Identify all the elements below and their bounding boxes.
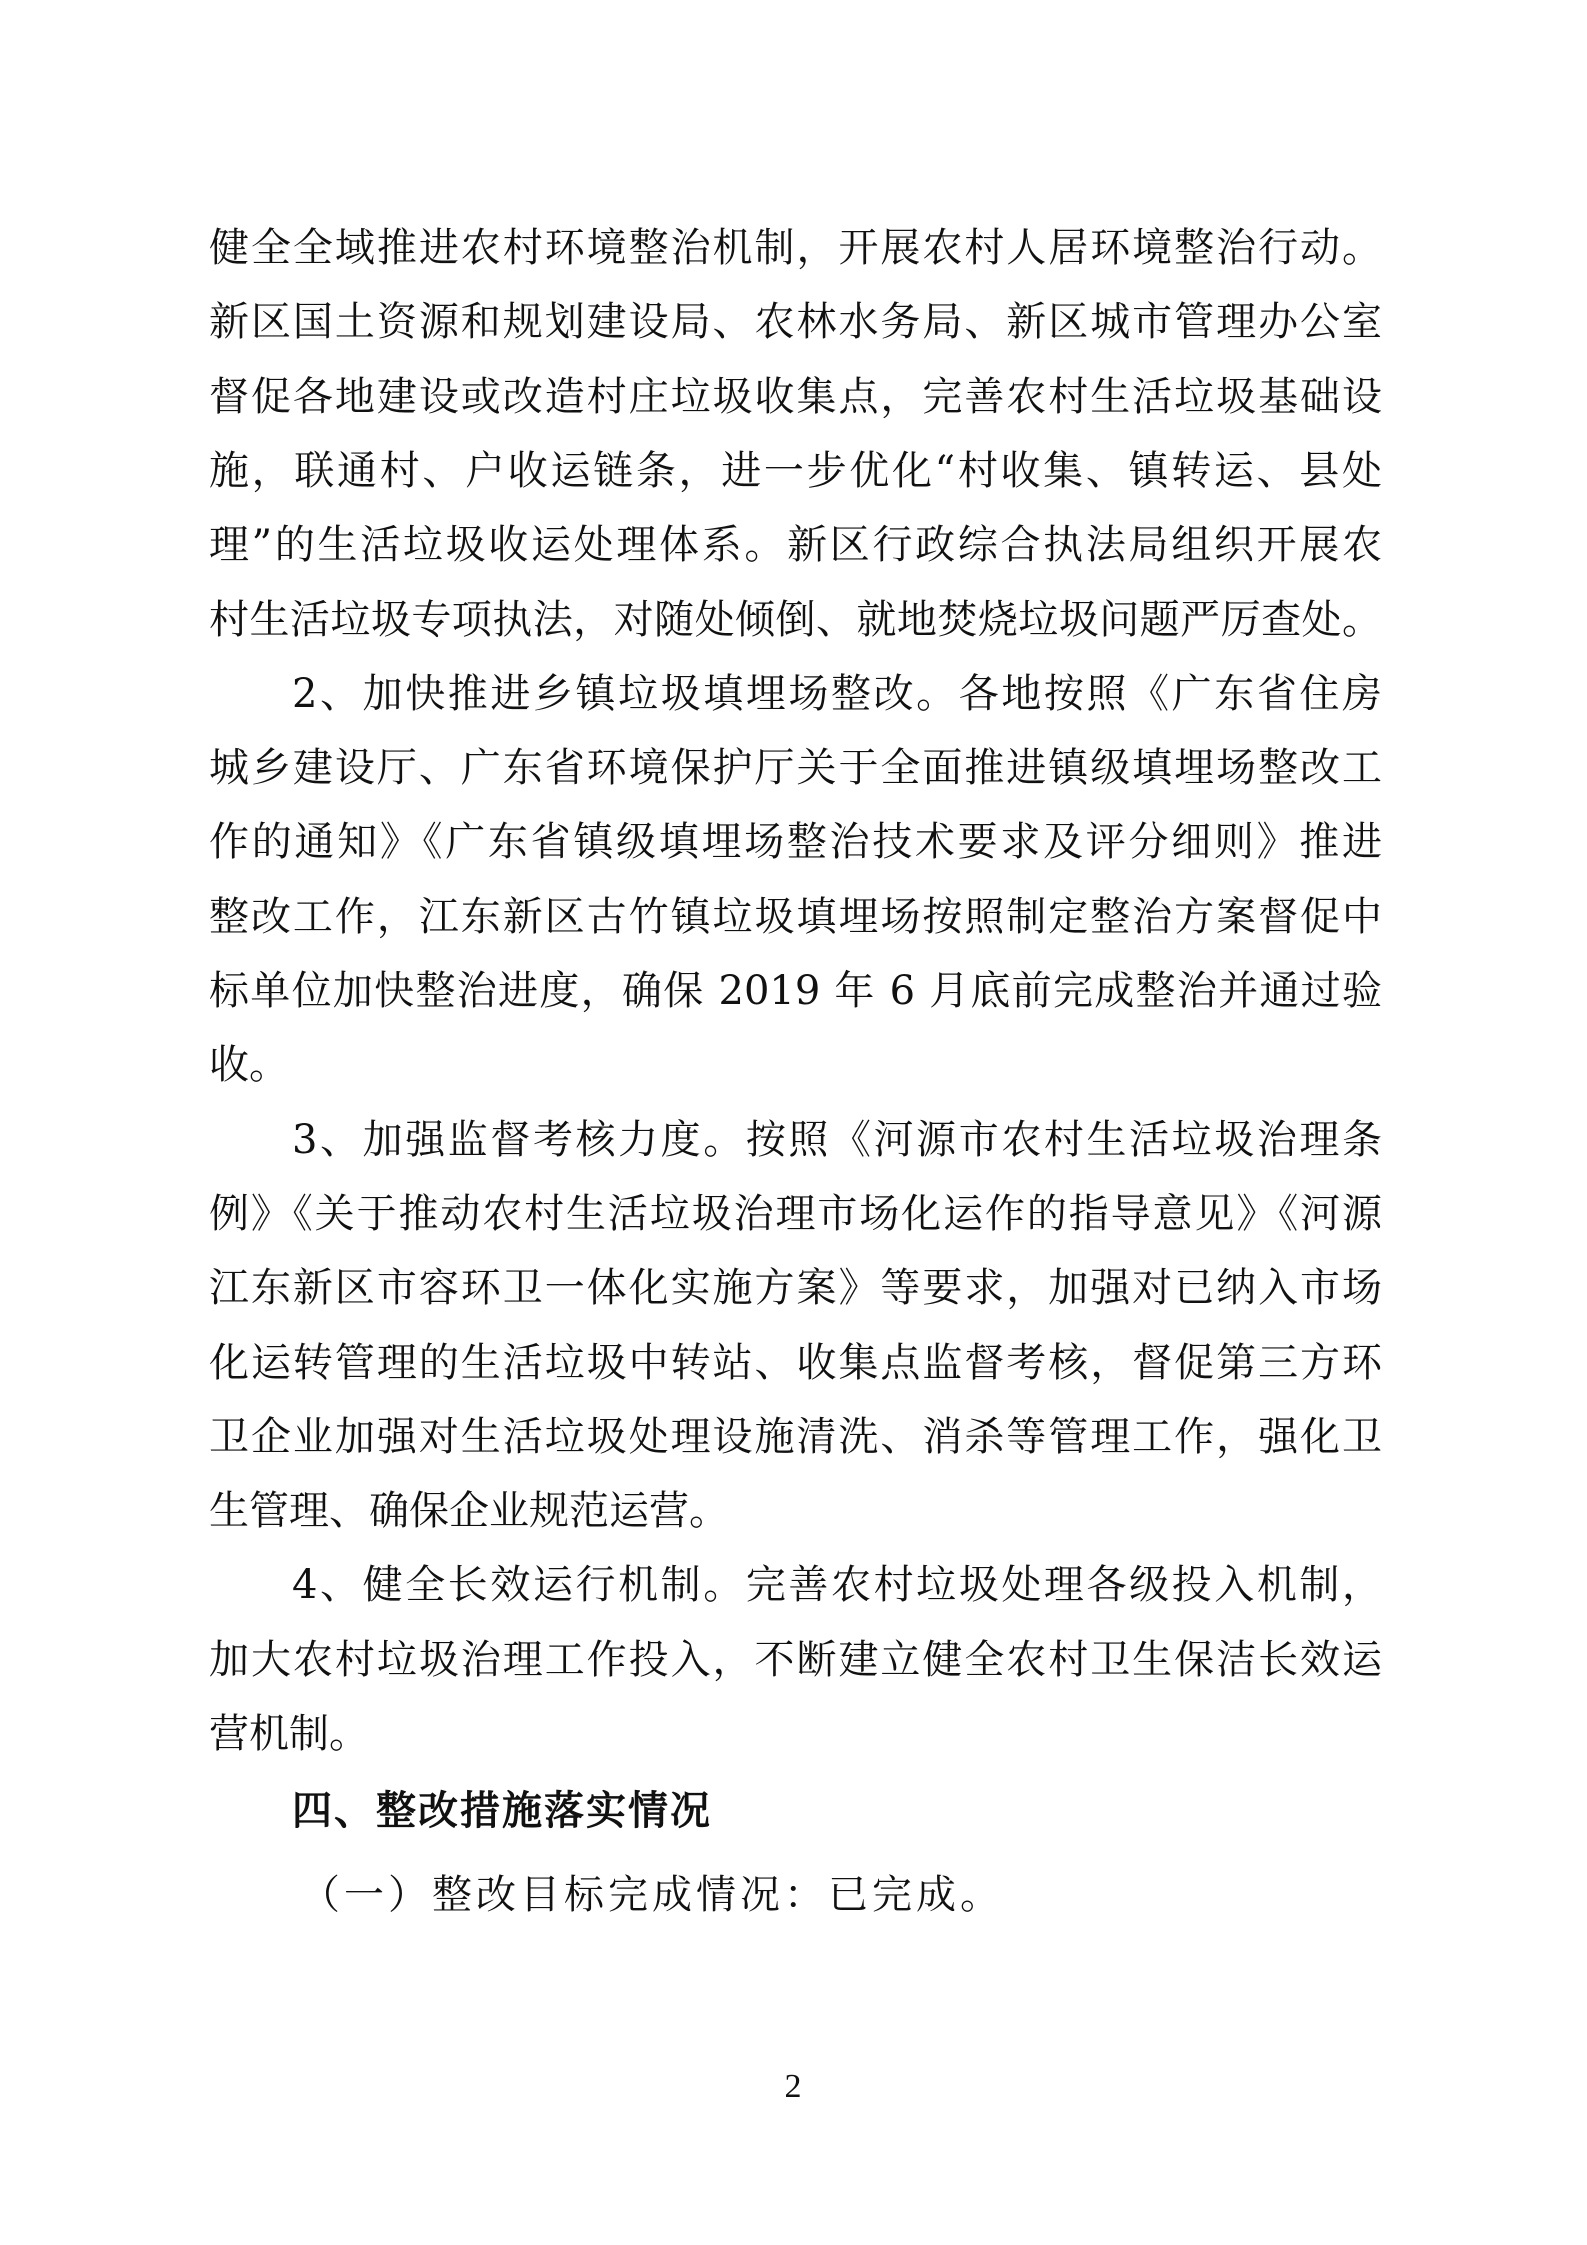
body-line: 卫企业加强对生活垃圾处理设施清洗、消杀等管理工作，强化卫 bbox=[209, 1412, 1382, 1462]
body-line: 督促各地建设或改造村庄垃圾收集点，完善农村生活垃圾基础设 bbox=[209, 372, 1382, 422]
section-heading: 四、整改措施落实情况 bbox=[292, 1786, 992, 1836]
body-line: 例》《关于推动农村生活垃圾治理市场化运作的指导意见》《河源 bbox=[209, 1189, 1382, 1239]
body-line: 理”的生活垃圾收运处理体系。新区行政综合执法局组织开展农 bbox=[209, 520, 1382, 570]
document-page: 健全全域推进农村环境整治机制，开展农村人居环境整治行动。 新区国土资源和规划建设… bbox=[0, 0, 1587, 2245]
body-line: 生管理、确保企业规范运营。 bbox=[209, 1486, 909, 1536]
body-line: 施，联通村、户收运链条，进一步优化“村收集、镇转运、县处 bbox=[209, 446, 1382, 496]
body-line: 健全全域推进农村环境整治机制，开展农村人居环境整治行动。 bbox=[209, 223, 1382, 273]
body-line: 化运转管理的生活垃圾中转站、收集点监督考核，督促第三方环 bbox=[209, 1338, 1382, 1388]
paragraph-3-start: 3、加强监督考核力度。按照《河源市农村生活垃圾治理条 bbox=[292, 1115, 1382, 1165]
body-line: 加大农村垃圾治理工作投入，不断建立健全农村卫生保洁长效运 bbox=[209, 1635, 1382, 1685]
page-number: 2 bbox=[743, 2068, 843, 2106]
body-line: 村生活垃圾专项执法，对随处倾倒、就地焚烧垃圾问题严厉查处。 bbox=[209, 595, 1382, 645]
paragraph-4-start: 4、健全长效运行机制。完善农村垃圾处理各级投入机制， bbox=[292, 1560, 1382, 1610]
body-line: 营机制。 bbox=[209, 1709, 609, 1759]
body-line: 城乡建设厅、广东省环境保护厅关于全面推进镇级填埋场整改工 bbox=[209, 743, 1382, 793]
body-line: 江东新区市容环卫一体化实施方案》等要求，加强对已纳入市场 bbox=[209, 1263, 1382, 1313]
body-line: 整改工作，江东新区古竹镇垃圾填埋场按照制定整治方案督促中 bbox=[209, 892, 1382, 942]
body-line: 作的通知》《广东省镇级填埋场整治技术要求及评分细则》推进 bbox=[209, 817, 1382, 867]
body-line: 收。 bbox=[209, 1040, 509, 1090]
subsection-heading: （一）整改目标完成情况：已完成。 bbox=[300, 1870, 1100, 1920]
paragraph-2-start: 2、加快推进乡镇垃圾填埋场整改。各地按照《广东省住房 bbox=[292, 669, 1382, 719]
body-line: 标单位加快整治进度，确保 2019 年 6 月底前完成整治并通过验 bbox=[209, 966, 1382, 1016]
body-line: 新区国土资源和规划建设局、农林水务局、新区城市管理办公室 bbox=[209, 297, 1382, 347]
